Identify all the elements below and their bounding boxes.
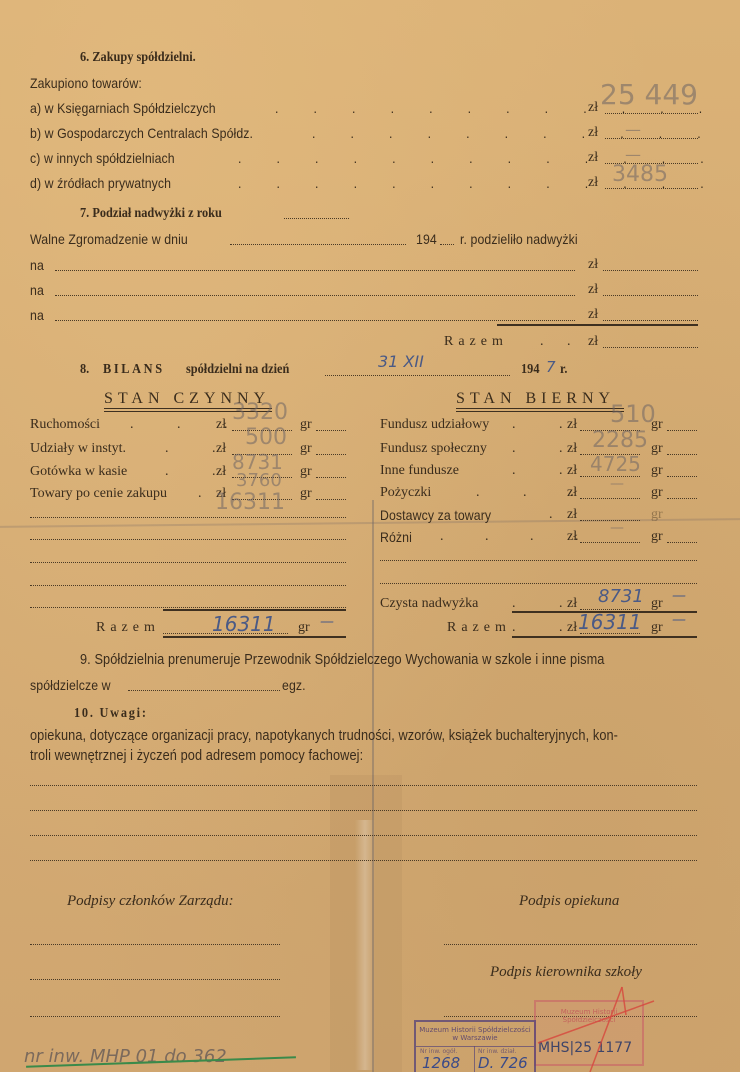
meeting-date-field[interactable]: [230, 244, 406, 245]
guardian-signature-line[interactable]: [444, 944, 697, 945]
asset-extra-line[interactable]: [30, 562, 346, 563]
sum-rule: [497, 324, 698, 326]
currency-zl: zł: [588, 150, 598, 166]
zl-label: zł: [567, 620, 577, 636]
gr-label: gr: [651, 620, 663, 636]
liability-gr-field[interactable]: [667, 430, 697, 431]
remarks-line[interactable]: [30, 785, 697, 786]
asset-extra-line[interactable]: [30, 517, 346, 518]
currency-zl: zł: [588, 125, 598, 141]
liabilities-title: STAN BIERNY: [456, 390, 615, 408]
currency-zl: zł: [588, 257, 598, 273]
balance-date-field[interactable]: [325, 375, 510, 376]
gr-label: gr: [300, 464, 312, 480]
gr-label: gr: [298, 620, 310, 636]
purchase-field-b[interactable]: [605, 138, 698, 139]
leader-dots: .: [198, 486, 202, 502]
surplus-label: Czysta nadwyżka: [380, 596, 478, 612]
board-signature-line[interactable]: [30, 979, 280, 980]
board-signatures-label: Podpisy członków Zarządu:: [67, 893, 234, 910]
meeting-suffix: r. podzieliło nadwyżki: [460, 231, 578, 247]
asset-gr-field[interactable]: [316, 454, 346, 455]
asset-gr-field[interactable]: [316, 477, 346, 478]
allocation-amount-field[interactable]: [603, 320, 698, 321]
double-rule: [163, 636, 346, 638]
asset-extra-line[interactable]: [30, 607, 346, 608]
asset-gr-field[interactable]: [316, 430, 346, 431]
liability-gr-field[interactable]: [667, 498, 697, 499]
section-6-intro: Zakupiono towarów:: [30, 75, 142, 91]
pencil-value-b: —: [625, 120, 641, 139]
currency-zl: zł: [588, 100, 598, 116]
surplus-gr: —: [672, 588, 686, 604]
stamp-right-value: D. 726: [478, 1054, 528, 1072]
liabilities-total-value: 16311: [578, 610, 642, 634]
currency-zl: zł: [588, 307, 598, 323]
gr-label: gr: [651, 596, 663, 612]
assets-total-value: 16311: [212, 612, 276, 636]
liability-gr-field[interactable]: [667, 454, 697, 455]
total-amount-field[interactable]: [603, 347, 698, 348]
gr-label: gr: [300, 417, 312, 433]
liability-label: Fundusz udziałowy: [380, 417, 489, 433]
purchase-label-a: a) w Księgarniach Spółdzielczych: [30, 100, 216, 116]
liabilities-title-underline: [456, 408, 624, 409]
board-signature-line[interactable]: [30, 1016, 280, 1017]
liability-label: Różni: [380, 529, 412, 545]
liability-zl-field[interactable]: [580, 542, 640, 543]
gr-label: gr: [651, 507, 663, 523]
allocation-label: na: [30, 257, 44, 273]
year-field[interactable]: [284, 218, 349, 219]
zl-label: zł: [216, 464, 226, 480]
asset-extra-line[interactable]: [30, 539, 346, 540]
currency-zl: zł: [588, 334, 598, 350]
pencil-value: 3760: [236, 470, 282, 491]
purchase-label-c: c) w innych spółdzielniach: [30, 150, 175, 166]
surplus-value: 8731: [598, 586, 644, 607]
meeting-year-field[interactable]: [440, 244, 454, 245]
pencil-value: 2285: [592, 428, 648, 453]
zl-label: zł: [567, 529, 577, 545]
section-8-heading-rest: spółdzielni na dzień: [186, 362, 289, 378]
remarks-line[interactable]: [30, 835, 697, 836]
section-9-line1: 9. Spółdzielnia prenumeruje Przewodnik S…: [80, 652, 605, 668]
section-6-heading: 6. Zakupy spółdzielni.: [80, 50, 196, 66]
purchase-label-d: d) w źródłach prywatnych: [30, 175, 171, 191]
section-10-heading: 10. Uwagi:: [74, 706, 148, 722]
year-suffix: r.: [560, 362, 567, 378]
section-8-heading-bold: BILANS: [103, 362, 165, 378]
zl-label: zł: [567, 507, 577, 523]
liability-label: Dostawcy za towary: [380, 507, 491, 523]
pencil-value: 4725: [590, 452, 641, 476]
meeting-year: 194: [416, 231, 437, 247]
allocation-label: na: [30, 282, 44, 298]
allocation-label: na: [30, 307, 44, 323]
purchase-label-b: b) w Gospodarczych Centralach Spółdz.: [30, 125, 253, 141]
liability-gr-field[interactable]: [667, 542, 697, 543]
gr-label: gr: [651, 463, 663, 479]
allocation-amount-field[interactable]: [603, 295, 698, 296]
fold-crease-vertical: [372, 500, 374, 1072]
remarks-line[interactable]: [30, 860, 697, 861]
gr-label: gr: [651, 529, 663, 545]
meeting-prefix: Walne Zgromadzenie w dniu: [30, 231, 188, 247]
section-8-heading-num: 8.: [80, 362, 89, 378]
stamp-violet-header: Muzeum Historii Spółdzielczości w Warsza…: [416, 1022, 534, 1042]
zl-label: zł: [567, 485, 577, 501]
zl-label: zł: [567, 463, 577, 479]
zl-label: zł: [567, 417, 577, 433]
section-10-line1: opiekuna, dotyczące organizacji pracy, n…: [30, 728, 618, 744]
pencil-value: 510: [610, 400, 656, 428]
gr-label: gr: [300, 486, 312, 502]
liability-zl-field[interactable]: [580, 498, 640, 499]
section-10-line2: troli wewnętrznej i życzeń pod adresem p…: [30, 748, 363, 764]
total-label: Razem: [444, 334, 508, 350]
principal-signature-label: Podpis kierownika szkoły: [490, 964, 642, 981]
pencil-value: 3320: [232, 400, 288, 425]
pencil-value-d: 3485: [612, 162, 668, 187]
stamp-left-value: 1268: [422, 1054, 460, 1072]
purchase-field-a[interactable]: [605, 113, 698, 114]
section-7-heading: 7. Podział nadwyżki z roku: [80, 206, 222, 222]
allocation-purpose-field[interactable]: [55, 295, 575, 296]
sum-rule: [163, 609, 346, 611]
liabilities-total-gr: —: [672, 612, 686, 628]
handwritten-date: 31 XII: [378, 352, 424, 371]
zl-label: zł: [216, 441, 226, 457]
asset-label: Udziały w instyt.: [30, 441, 126, 457]
zl-label: zł: [567, 596, 577, 612]
board-signature-line[interactable]: [30, 944, 280, 945]
guardian-signature-label: Podpis opiekuna: [519, 893, 619, 910]
assets-total-gr: —: [320, 614, 334, 630]
gr-label: gr: [300, 441, 312, 457]
pencil-value: —: [610, 476, 624, 492]
liability-extra-line[interactable]: [380, 583, 697, 584]
assets-total-label: Razem: [96, 620, 160, 636]
leader-dots: . .: [540, 334, 581, 350]
red-cancel-mark-icon: [530, 985, 660, 1072]
allocation-purpose-field[interactable]: [55, 270, 575, 271]
asset-label: Towary po cenie zakupu: [30, 486, 167, 502]
pencil-value-a: 25 449: [600, 78, 698, 111]
leader-dots: . . .: [130, 417, 248, 433]
asset-gr-field[interactable]: [316, 499, 346, 500]
liability-gr-field[interactable]: [667, 476, 697, 477]
liability-label: Inne fundusze: [380, 463, 459, 479]
currency-zl: zł: [588, 282, 598, 298]
allocation-purpose-field[interactable]: [55, 320, 575, 321]
year-printed: 194: [521, 362, 539, 378]
currency-zl: zł: [588, 175, 598, 191]
gr-label: gr: [651, 485, 663, 501]
allocation-amount-field[interactable]: [603, 270, 698, 271]
liabilities-title-underline: [456, 411, 624, 412]
section-9-prefix: spółdzielcze w: [30, 677, 111, 693]
zl-label: zł: [567, 441, 577, 457]
purchase-field-d[interactable]: [605, 188, 698, 189]
asset-label: Ruchomości: [30, 417, 100, 433]
pencil-sum: 16311: [215, 490, 285, 515]
asset-extra-line[interactable]: [30, 585, 346, 586]
year-handwritten: 7: [546, 358, 556, 376]
asset-label: Gotówka w kasie: [30, 464, 127, 480]
section-9-suffix: egz.: [282, 677, 306, 693]
pencil-value: 500: [245, 425, 287, 450]
liability-extra-line[interactable]: [380, 560, 697, 561]
liability-label: Pożyczki: [380, 485, 431, 501]
copies-field[interactable]: [128, 690, 280, 691]
liability-label: Fundusz społeczny: [380, 441, 487, 457]
violet-museum-stamp: Muzeum Historii Spółdzielczości w Warsza…: [414, 1020, 536, 1072]
double-rule: [512, 636, 697, 638]
remarks-line[interactable]: [30, 810, 697, 811]
leader-dots: .: [549, 507, 553, 523]
liabilities-total-label: Razem: [447, 620, 511, 636]
gr-label: gr: [651, 441, 663, 457]
pencil-value: —: [610, 520, 624, 536]
zl-label: zł: [216, 417, 226, 433]
